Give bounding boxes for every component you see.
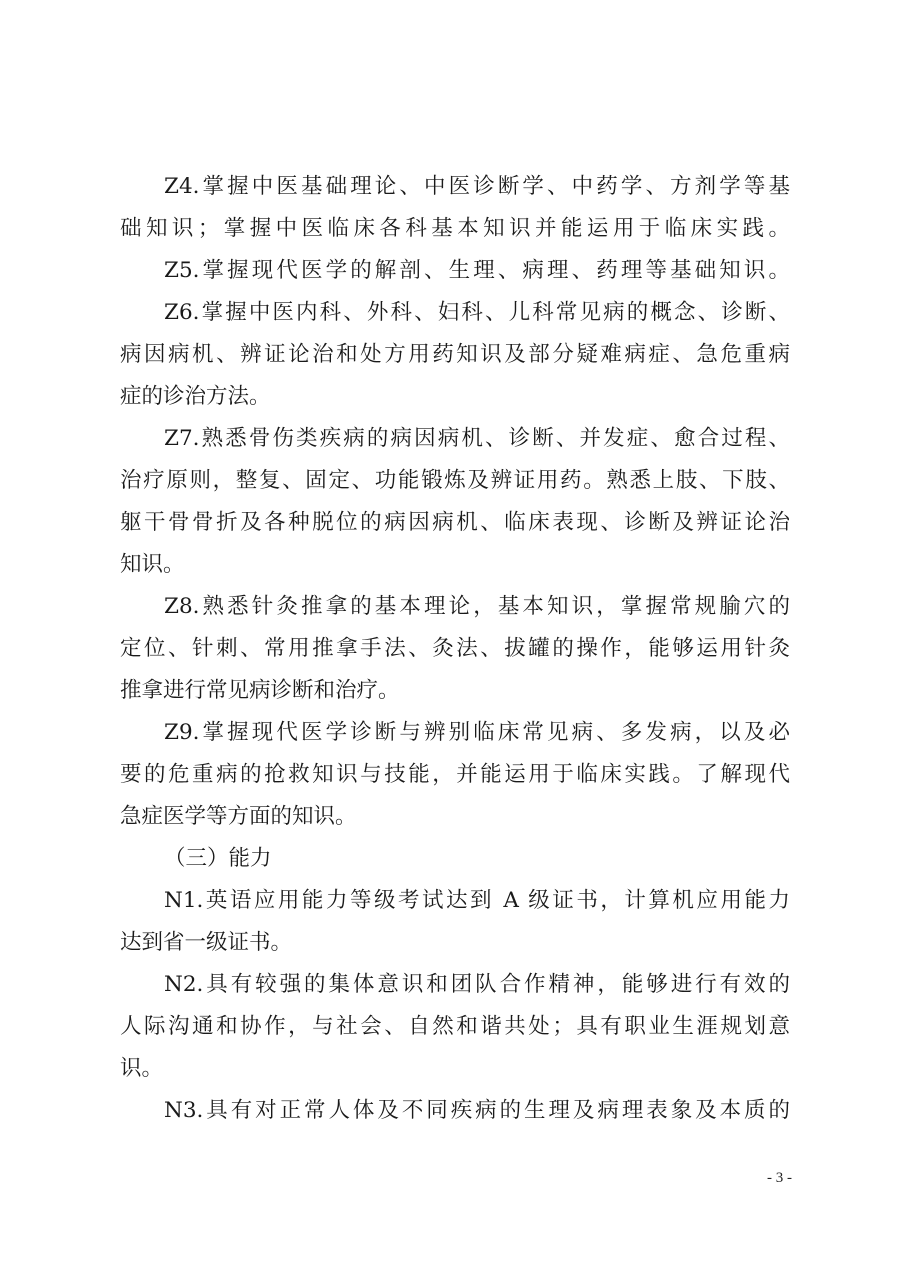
- text-line-z6-1: Z6.掌握中医内科、外科、妇科、儿科常见病的概念、诊断、: [164, 298, 790, 328]
- text-line-z6-2: 病因病机、辨证论治和处方用药知识及部分疑难病症、急危重病: [120, 340, 790, 370]
- text-line-z7-3: 躯干骨骨折及各种脱位的病因病机、临床表现、诊断及辨证论治: [120, 508, 790, 538]
- text-line-n3-1: N3.具有对正常人体及不同疾病的生理及病理表象及本质的: [164, 1096, 790, 1126]
- text-line-z7-1: Z7.熟悉骨伤类疾病的病因病机、诊断、并发症、愈合过程、: [164, 424, 790, 454]
- text-line-n2-3: 识。: [120, 1054, 163, 1084]
- text-line-z8-1: Z8.熟悉针灸推拿的基本理论，基本知识，掌握常规腧穴的: [164, 592, 790, 622]
- text-line-z8-2: 定位、针刺、常用推拿手法、灸法、拔罐的操作，能够运用针灸: [120, 634, 790, 664]
- text-line-z5: Z5.掌握现代医学的解剖、生理、病理、药理等基础知识。: [164, 256, 790, 286]
- text-line-z9-3: 急症医学等方面的知识。: [120, 802, 357, 832]
- text-line-n1-2: 达到省一级证书。: [120, 928, 292, 958]
- section-heading-ability: （三）能力: [164, 844, 272, 874]
- text-line-z4-1: Z4.掌握中医基础理论、中医诊断学、中药学、方剂学等基: [164, 172, 790, 202]
- document-page: Z4.掌握中医基础理论、中医诊断学、中药学、方剂学等基 础知识；掌握中医临床各科…: [0, 0, 904, 1280]
- text-line-z8-3: 推拿进行常见病诊断和治疗。: [120, 676, 400, 706]
- text-line-z4-2: 础知识；掌握中医临床各科基本知识并能运用于临床实践。: [120, 214, 790, 244]
- page-number: - 3 -: [767, 1170, 792, 1187]
- text-line-n2-2: 人际沟通和协作，与社会、自然和谐共处；具有职业生涯规划意: [120, 1012, 790, 1042]
- text-line-z7-4: 知识。: [120, 550, 185, 580]
- text-line-n1-1: N1.英语应用能力等级考试达到 A 级证书，计算机应用能力: [164, 886, 790, 916]
- text-line-z9-1: Z9.掌握现代医学诊断与辨别临床常见病、多发病，以及必: [164, 718, 790, 748]
- text-line-n2-1: N2.具有较强的集体意识和团队合作精神，能够进行有效的: [164, 970, 790, 1000]
- text-line-z9-2: 要的危重病的抢救知识与技能，并能运用于临床实践。了解现代: [120, 760, 790, 790]
- text-line-z7-2: 治疗原则，整复、固定、功能锻炼及辨证用药。熟悉上肢、下肢、: [120, 466, 790, 496]
- text-line-z6-3: 症的诊治方法。: [120, 382, 271, 412]
